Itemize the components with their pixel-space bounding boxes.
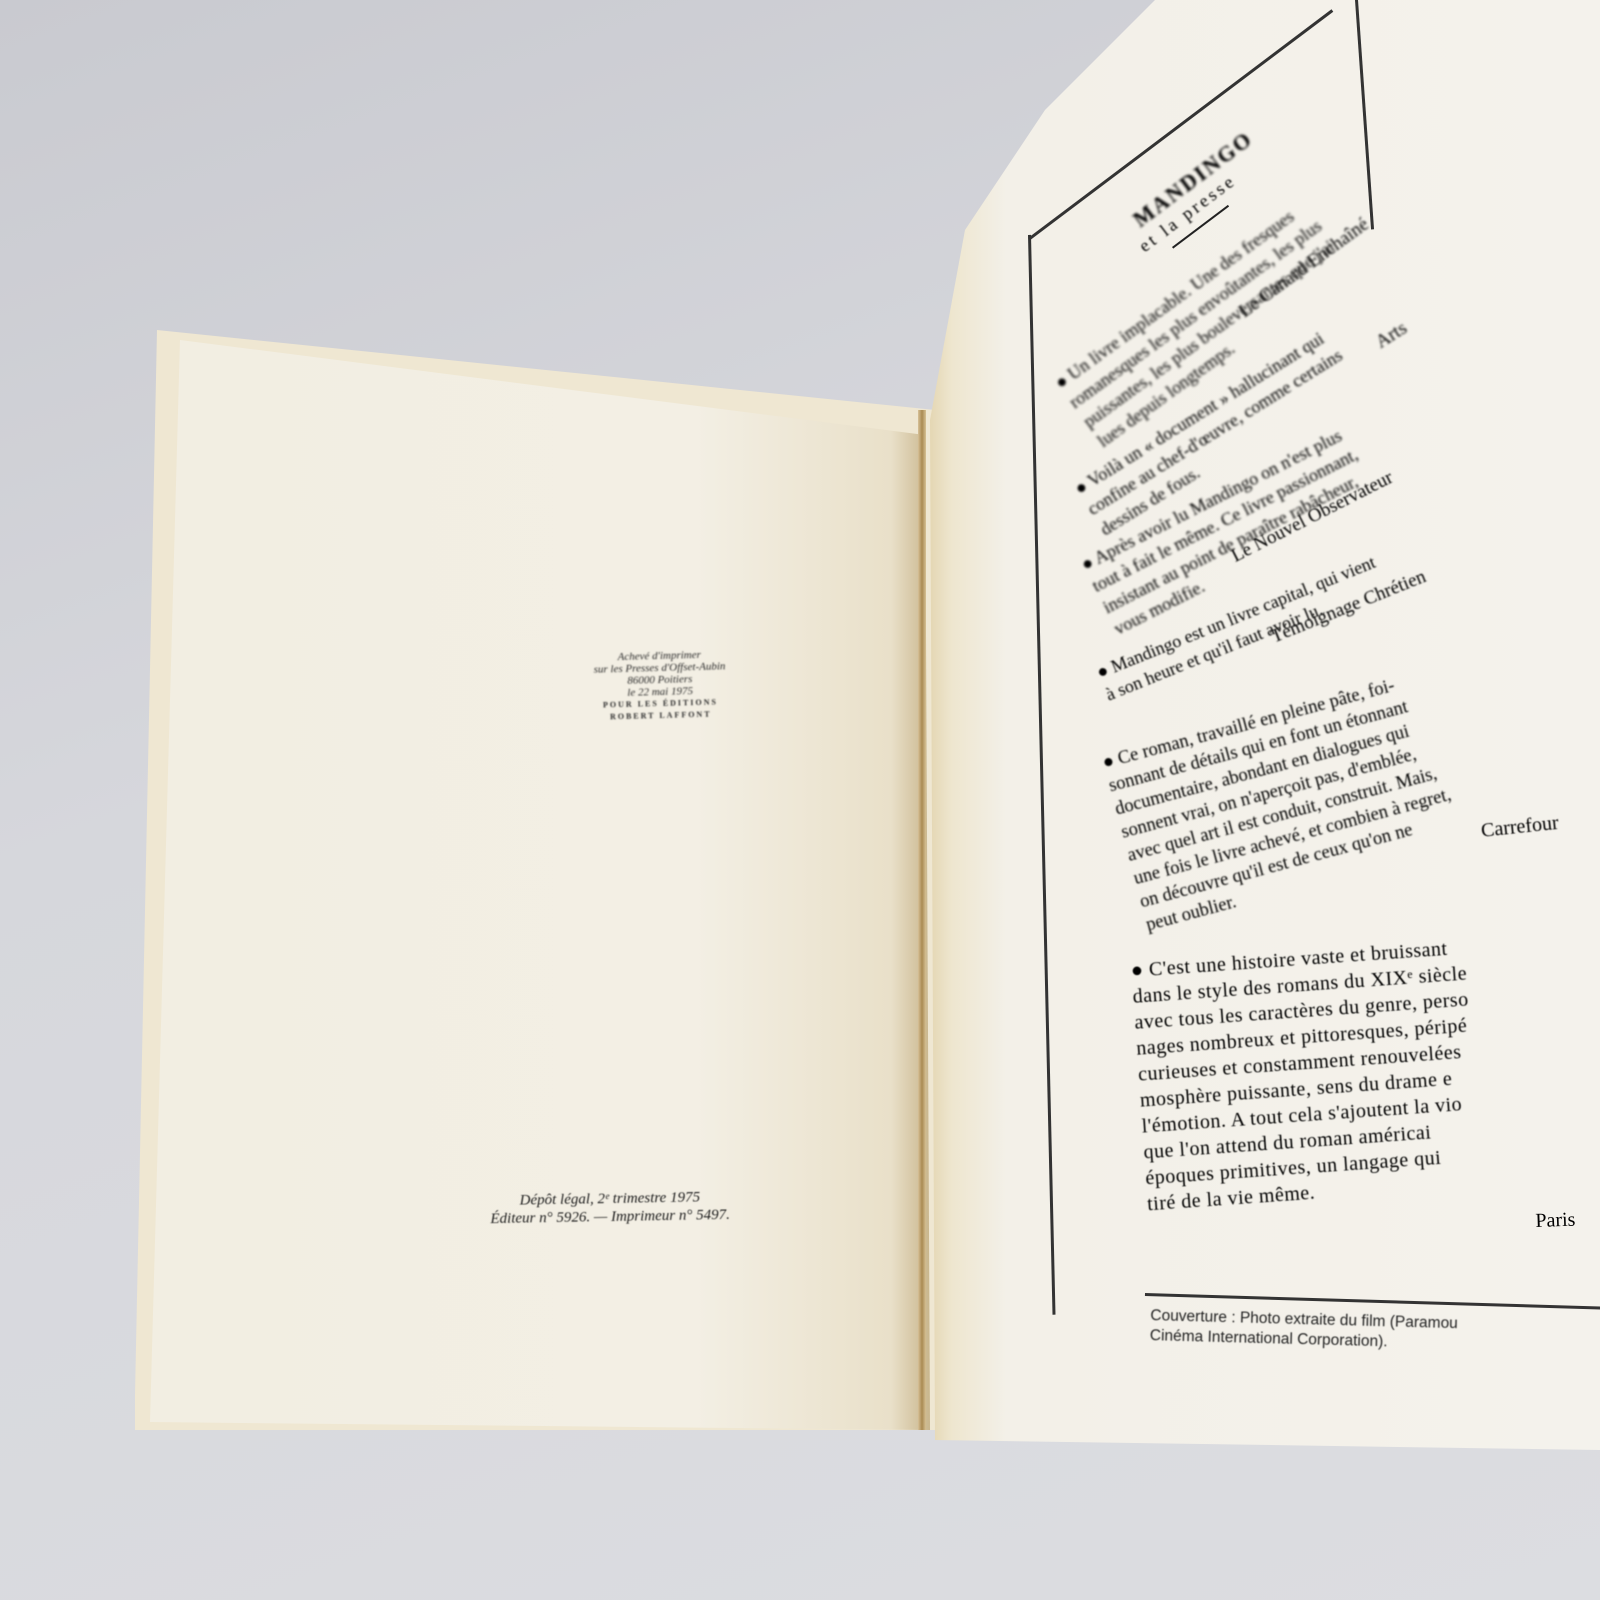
left-page <box>150 340 930 1430</box>
book-photo-scene: Achevé d'imprimer sur les Presses d'Offs… <box>0 0 1600 1600</box>
legal-deposit: Dépôt légal, 2ᵉ trimestre 1975 Éditeur n… <box>430 1187 791 1229</box>
review-block: ● C'est une histoire vaste et bruissant … <box>1130 935 1482 1218</box>
printer-colophon: Achevé d'imprimer sur les Presses d'Offs… <box>544 647 776 725</box>
book-gutter <box>918 410 926 1430</box>
review-source: Paris <box>1535 1209 1576 1233</box>
